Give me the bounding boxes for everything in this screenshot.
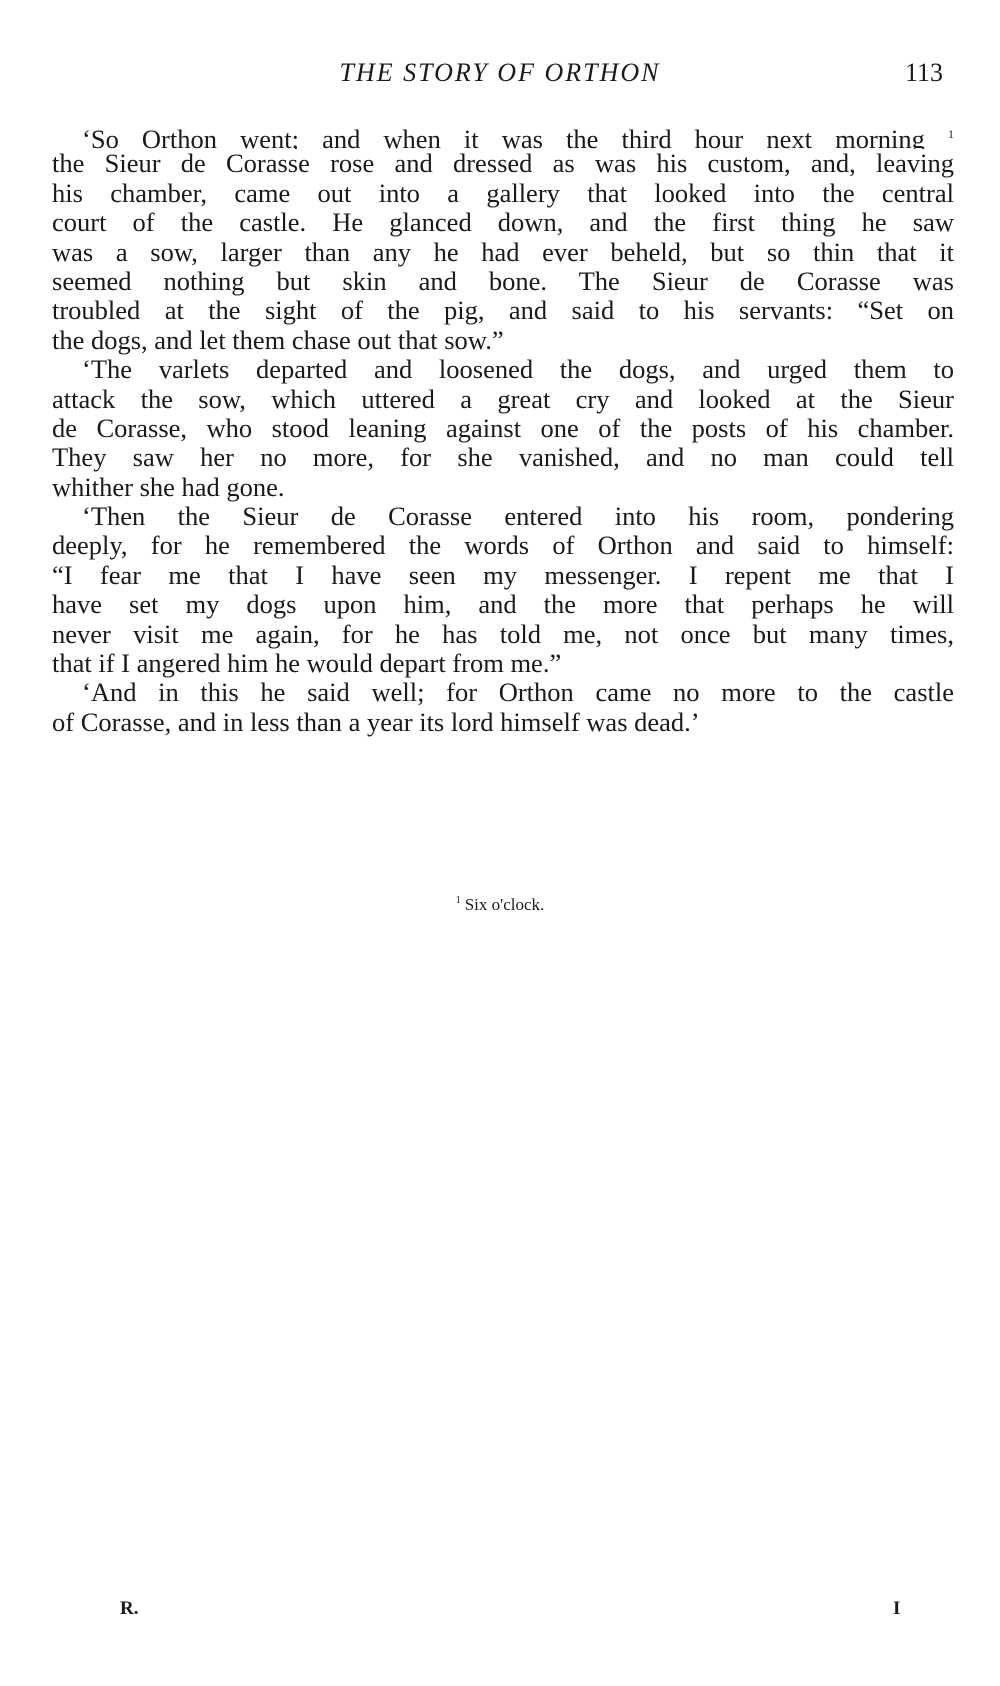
text-line: the dogs, and let them chase out that so… xyxy=(52,326,954,355)
text-line: They saw her no more, for she vanished, … xyxy=(52,443,954,472)
paragraph: ‘The varlets departed and loosened the d… xyxy=(52,355,954,502)
text-line: ‘And in this he said well; for Orthon ca… xyxy=(52,678,954,707)
text-line: his chamber, came out into a gallery tha… xyxy=(52,179,954,208)
text-line: the Sieur de Corasse rose and dressed as… xyxy=(52,149,954,178)
text-line: deeply, for he remembered the words of O… xyxy=(52,531,954,560)
footnote-text: Six o'clock. xyxy=(465,895,545,914)
paragraph: ‘Then the Sieur de Corasse entered into … xyxy=(52,502,954,678)
signature-mark: R. xyxy=(120,1598,138,1620)
footnote: 1Six o'clock. xyxy=(0,895,1000,915)
text-line: troubled at the sight of the pig, and sa… xyxy=(52,296,954,325)
text-line: whither she had gone. xyxy=(52,473,954,502)
page-number: 113 xyxy=(905,58,943,88)
paragraph: ‘And in this he said well; for Orthon ca… xyxy=(52,678,954,737)
footnote-marker: 1 xyxy=(948,127,954,141)
text-line: have set my dogs upon him, and the more … xyxy=(52,590,954,619)
text-line: of Corasse, and in less than a year its … xyxy=(52,708,954,737)
text-line: that if I angered him he would depart fr… xyxy=(52,649,954,678)
running-head-title: THE STORY OF ORTHON xyxy=(0,58,1000,88)
signature-numeral: I xyxy=(893,1598,900,1620)
text-line: ‘The varlets departed and loosened the d… xyxy=(52,355,954,384)
text-line: court of the castle. He glanced down, an… xyxy=(52,208,954,237)
paragraph: ‘So Orthon went; and when it was the thi… xyxy=(52,120,954,355)
text-line: de Corasse, who stood leaning against on… xyxy=(52,414,954,443)
text-line: ‘Then the Sieur de Corasse entered into … xyxy=(52,502,954,531)
text-line: attack the sow, which uttered a great cr… xyxy=(52,385,954,414)
footnote-marker: 1 xyxy=(456,895,461,906)
text-line: never visit me again, for he has told me… xyxy=(52,620,954,649)
text-line: “I fear me that I have seen my messenger… xyxy=(52,561,954,590)
body-text: ‘So Orthon went; and when it was the thi… xyxy=(52,120,954,737)
text-line: seemed nothing but skin and bone. The Si… xyxy=(52,267,954,296)
text-line: was a sow, larger than any he had ever b… xyxy=(52,238,954,267)
text-line: ‘So Orthon went; and when it was the thi… xyxy=(52,120,954,149)
